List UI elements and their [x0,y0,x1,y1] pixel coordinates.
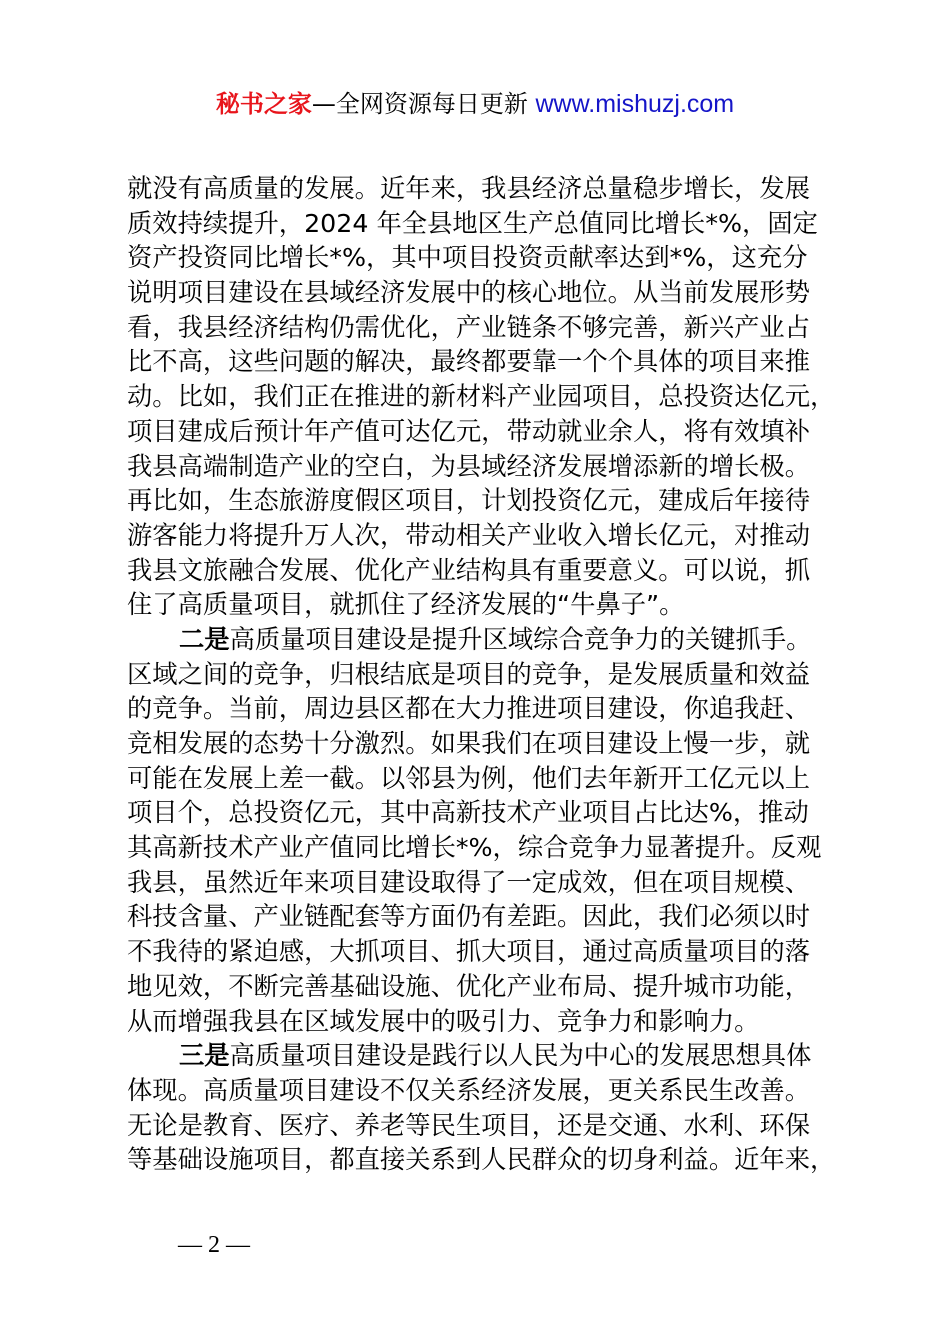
text-line: 科技含量、产业链配套等方面仍有差距。因此，我们必须以时 [127,900,853,935]
paragraph-3-first-line: 三是高质量项目建设是践行以人民为中心的发展思想具体 [127,1039,853,1074]
text-line: 说明项目建设在县域经济发展中的核心地位。从当前发展形势 [127,276,853,311]
text-line: 住了高质量项目，就抓住了经济发展的“牛鼻子”。 [127,588,853,623]
text-line: 游客能力将提升万人次，带动相关产业收入增长亿元，对推动 [127,519,853,554]
text-line: 从而增强我县在区域发展中的吸引力、竞争力和影响力。 [127,1005,853,1040]
text-line: 我县文旅融合发展、优化产业结构具有重要意义。可以说，抓 [127,554,853,589]
paragraph-lead-3: 三是 [179,1041,230,1070]
text-line: 就没有高质量的发展。近年来，我县经济总量稳步增长，发展 [127,172,853,207]
paragraph-lead-2: 二是 [179,625,230,654]
text-line: 无论是教育、医疗、养老等民生项目，还是交通、水利、环保 [127,1109,853,1144]
text-line: 动。比如，我们正在推进的新材料产业园项目，总投资达亿元， [127,380,853,415]
banner-tagline: —全网资源每日更新 [312,90,536,118]
text-line: 项目建成后预计年产值可达亿元，带动就业余人，将有效填补 [127,415,853,450]
document-body: 就没有高质量的发展。近年来，我县经济总量稳步增长，发展 质效持续提升，2024 … [127,172,853,1178]
text-line: 等基础设施项目，都直接关系到人民群众的切身利益。近年来， [127,1143,853,1178]
text-line: 其高新技术产业产值同比增长*%，综合竞争力显著提升。反观 [127,831,853,866]
site-url-link[interactable]: www.mishuzj.com [535,90,734,118]
text-line: 资产投资同比增长*%，其中项目投资贡献率达到*%，这充分 [127,241,853,276]
text-line: 不我待的紧迫感，大抓项目、抓大项目，通过高质量项目的落 [127,935,853,970]
text-line: 的竞争。当前，周边县区都在大力推进项目建设，你追我赶、 [127,692,853,727]
text-line: 竞相发展的态势十分激烈。如果我们在项目建设上慢一步，就 [127,727,853,762]
text-line: 比不高，这些问题的解决，最终都要靠一个个具体的项目来推 [127,345,853,380]
text-line: 项目个，总投资亿元，其中高新技术产业项目占比达%，推动 [127,796,853,831]
text-line: 看，我县经济结构仍需优化，产业链条不够完善，新兴产业占 [127,311,853,346]
brand-name: 秘书之家 [216,90,312,118]
text-line: 区域之间的竞争，归根结底是项目的竞争，是发展质量和效益 [127,658,853,693]
text-line: 质效持续提升，2024 年全县地区生产总值同比增长*%，固定 [127,207,853,242]
text-line: 我县高端制造产业的空白，为县域经济发展增添新的增长极。 [127,450,853,485]
site-banner: 秘书之家—全网资源每日更新 www.mishuzj.com [0,86,950,122]
text-line: 地见效，不断完善基础设施、优化产业布局、提升城市功能， [127,970,853,1005]
text-line: 可能在发展上差一截。以邻县为例，他们去年新开工亿元以上 [127,762,853,797]
page-number: — 2 — [178,1232,250,1259]
text-line: 再比如，生态旅游度假区项目，计划投资亿元，建成后年接待 [127,484,853,519]
text-line: 体现。高质量项目建设不仅关系经济发展，更关系民生改善。 [127,1074,853,1109]
paragraph-2-first-line: 二是高质量项目建设是提升区域综合竞争力的关键抓手。 [127,623,853,658]
paragraph-2-heading: 高质量项目建设是提升区域综合竞争力的关键抓手。 [230,625,812,654]
text-line: 我县，虽然近年来项目建设取得了一定成效，但在项目规模、 [127,866,853,901]
paragraph-3-heading: 高质量项目建设是践行以人民为中心的发展思想具体 [230,1041,812,1070]
